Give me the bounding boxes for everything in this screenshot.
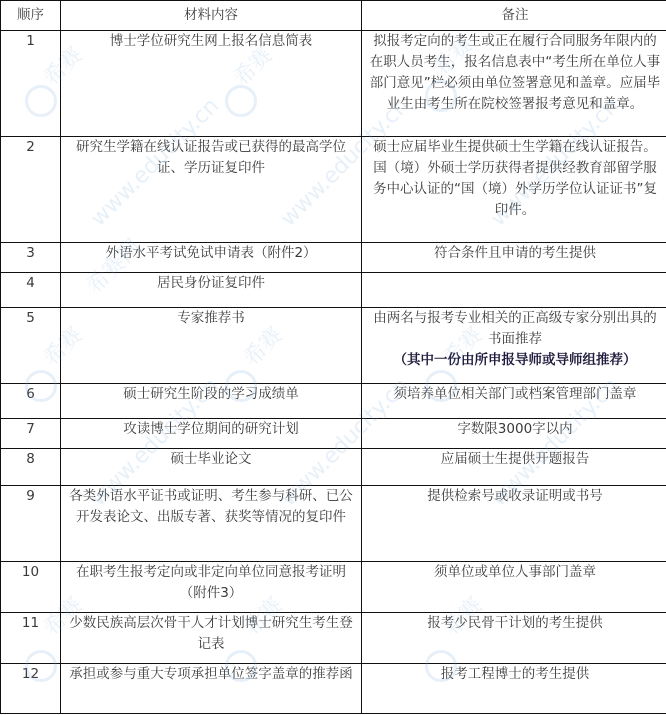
table-row: 6 硕士研究生阶段的学习成绩单 须培养单位相关部门或档案管理部门盖章 [1,384,666,419]
table-row: 7 攻读博士学位期间的研究计划 字数限3000字以内 [1,419,666,449]
row-note: 字数限3000字以内 [362,419,666,449]
row-content: 博士学位研究生网上报名信息简表 [61,31,362,137]
row-content: 攻读博士学位期间的研究计划 [61,419,362,449]
note-part-2: 国（境）外硕士学历获得者提供经教育部留学服务中心认证的“国（境）外学历学位认证证… [368,158,662,221]
row-content: 硕士毕业论文 [61,449,362,486]
header-row: 顺序 材料内容 备注 [1,1,666,31]
row-content: 专家推荐书 [61,308,362,384]
table-row: 8 硕士毕业论文 应届硕士生提供开题报告 [1,449,666,486]
row-content: 外语水平考试免试申请表（附件2） [61,243,362,273]
row-note: 硕士应届毕业生提供硕士生学籍在线认证报告。国（境）外硕士学历获得者提供经教育部留… [362,137,666,243]
row-seq: 4 [1,273,61,308]
row-content: 研究生学籍在线认证报告或已获得的最高学位证、学历证复印件 [61,137,362,243]
row-seq: 8 [1,449,61,486]
table-row: 11 少数民族高层次骨干人才计划博士研究生考生登记表 报考少民骨干计划的考生提供 [1,613,666,664]
row-seq: 9 [1,486,61,562]
row-note: 报考工程博士的考生提供 [362,664,666,714]
header-seq: 顺序 [1,1,61,31]
row-seq: 12 [1,664,61,714]
row-note: 须单位或单位人事部门盖章 [362,562,666,613]
row-note: 提供检索号或收录证明或书号 [362,486,666,562]
row-note: 报考少民骨干计划的考生提供 [362,613,666,664]
row-note [362,273,666,308]
row-content: 居民身份证复印件 [61,273,362,308]
row-content: 各类外语水平证书或证明、考生参与科研、已公开发表论文、出版专著、获奖等情况的复印… [61,486,362,562]
materials-table: 顺序 材料内容 备注 1 博士学位研究生网上报名信息简表 拟报考定向的考生或正在… [0,0,666,714]
table-row: 10 在职考生报考定向或非定向单位同意报考证明（附件3） 须单位或单位人事部门盖… [1,562,666,613]
row-note: 符合条件且申请的考生提供 [362,243,666,273]
row-seq: 2 [1,137,61,243]
table-row: 3 外语水平考试免试申请表（附件2） 符合条件且申请的考生提供 [1,243,666,273]
table-row: 4 居民身份证复印件 [1,273,666,308]
row-seq: 10 [1,562,61,613]
row-content: 硕士研究生阶段的学习成绩单 [61,384,362,419]
row-note: 应届硕士生提供开题报告 [362,449,666,486]
row-seq: 1 [1,31,61,137]
header-note: 备注 [362,1,666,31]
note-bold-text: （其中一份由所申报导师或导师组推荐） [394,352,637,368]
row-content: 少数民族高层次骨干人才计划博士研究生考生登记表 [61,613,362,664]
table-row: 12 承担或参与重大专项承担单位签字盖章的推荐函 报考工程博士的考生提供 [1,664,666,714]
note-part-1: 硕士应届毕业生提供硕士生学籍在线认证报告。 [368,137,662,158]
row-seq: 5 [1,308,61,384]
table-row: 5 专家推荐书 由两名与报考专业相关的正高级专家分别出具的书面推荐（其中一份由所… [1,308,666,384]
table-row: 1 博士学位研究生网上报名信息简表 拟报考定向的考生或正在履行合同服务年限内的在… [1,31,666,137]
row-seq: 6 [1,384,61,419]
row-seq: 7 [1,419,61,449]
row-note: 拟报考定向的考生或正在履行合同服务年限内的在职人员考生，报名信息表中“考生所在单… [362,31,666,137]
table-row: 9 各类外语水平证书或证明、考生参与科研、已公开发表论文、出版专著、获奖等情况的… [1,486,666,562]
row-content: 在职考生报考定向或非定向单位同意报考证明（附件3） [61,562,362,613]
row-note: 由两名与报考专业相关的正高级专家分别出具的书面推荐（其中一份由所申报导师或导师组… [362,308,666,384]
note-text: 由两名与报考专业相关的正高级专家分别出具的书面推荐 [373,310,657,347]
row-seq: 3 [1,243,61,273]
header-content: 材料内容 [61,1,362,31]
table-row: 2 研究生学籍在线认证报告或已获得的最高学位证、学历证复印件 硕士应届毕业生提供… [1,137,666,243]
row-seq: 11 [1,613,61,664]
row-note: 须培养单位相关部门或档案管理部门盖章 [362,384,666,419]
row-content: 承担或参与重大专项承担单位签字盖章的推荐函 [61,664,362,714]
